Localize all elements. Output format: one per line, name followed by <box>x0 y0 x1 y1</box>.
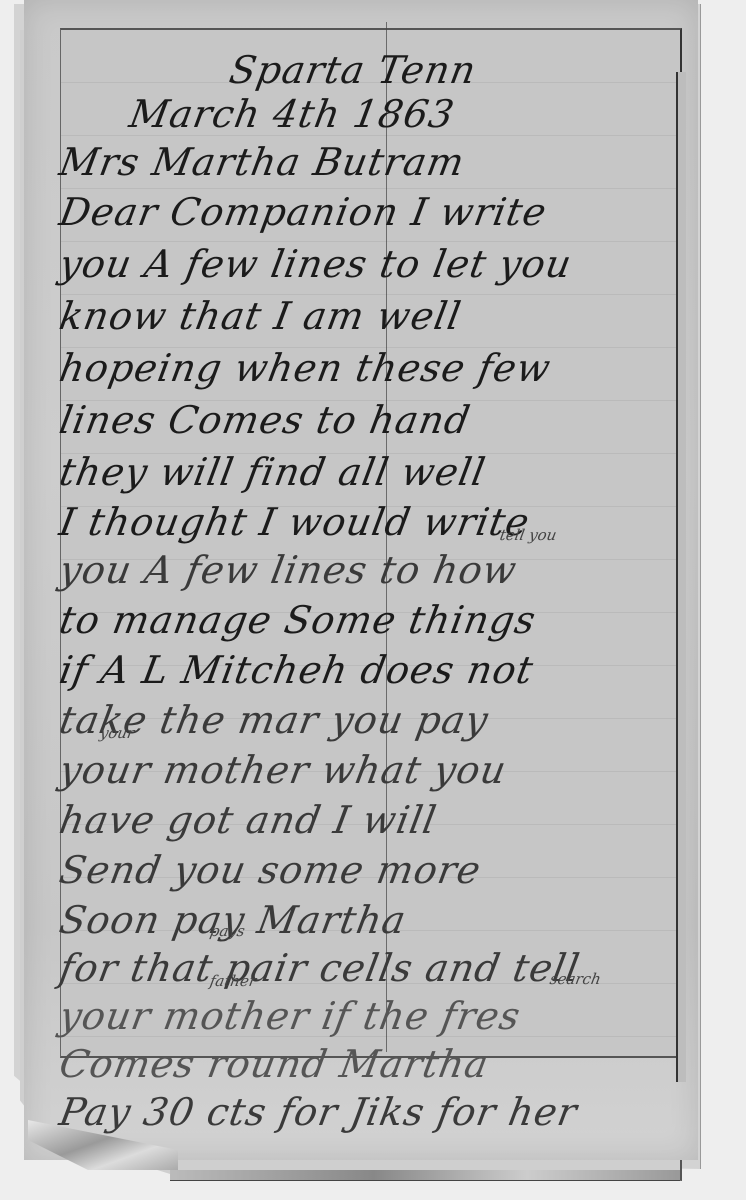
interlinear-note: pays <box>208 922 246 940</box>
interlinear-note: father <box>208 972 257 990</box>
letter-line: they will find all well <box>56 450 489 494</box>
letter-line: I thought I would write <box>56 500 533 544</box>
letter-line: have got and I will <box>56 798 440 842</box>
heading-date: March 4th 1863 <box>126 92 458 136</box>
interlinear-note: search <box>548 970 602 988</box>
salutation-name: Mrs Martha Butram <box>56 140 468 184</box>
letter-line: your mother if the fres <box>56 994 524 1038</box>
letter-line: you A few lines to how <box>56 548 520 592</box>
letter-line: Dear Companion I write <box>56 190 550 234</box>
interlinear-note: your <box>98 724 136 742</box>
paper-edge-strip <box>676 72 686 1082</box>
letter-line: Send you some more <box>56 848 485 892</box>
interlinear-note: tell you <box>498 526 558 544</box>
letter-line: Comes round Martha <box>56 1042 492 1086</box>
letter-line: you A few lines to let you <box>56 242 575 286</box>
letter-line: your mother what you <box>56 748 510 792</box>
heading-place: Sparta Tenn <box>226 48 480 92</box>
bottom-paper-edge <box>170 1170 680 1181</box>
letter-line: if A L Mitcheh does not <box>56 648 537 692</box>
letter-line: lines Comes to hand <box>56 398 474 442</box>
letter-line: for that pair cells and tell <box>56 946 583 990</box>
letter-line: to manage Some things <box>56 598 539 642</box>
letter-line: hopeing when these few <box>56 346 554 390</box>
letter-line: Pay 30 cts for Jiks for her <box>56 1090 581 1134</box>
letter-line: know that I am well <box>56 294 465 338</box>
